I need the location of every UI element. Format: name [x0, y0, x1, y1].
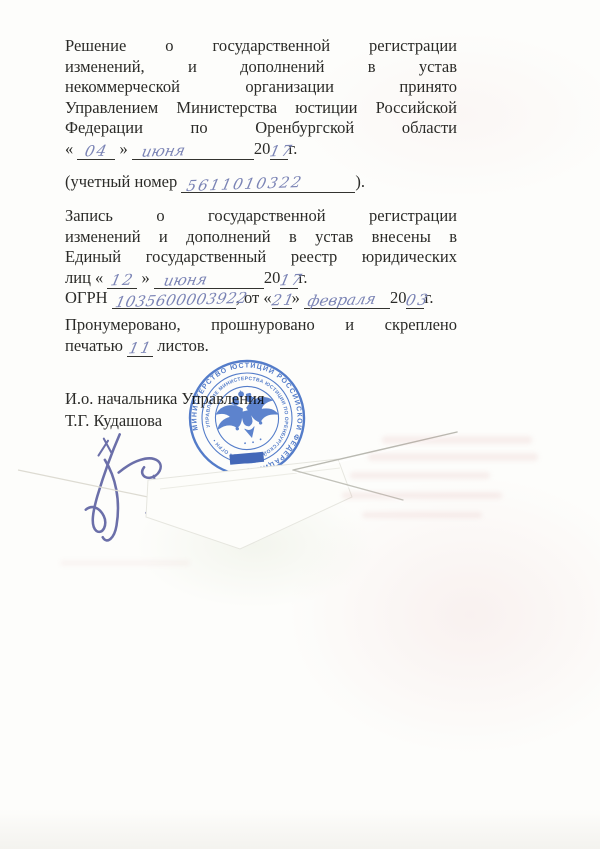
sheets-blank: 11 — [127, 339, 153, 357]
day-blank: 21 — [272, 291, 292, 309]
year-blank: 17 — [270, 142, 288, 160]
stamp-small-marks — [244, 438, 262, 445]
month-blank: июня — [154, 271, 264, 289]
handwritten-month: июня — [140, 142, 187, 160]
paragraph-line: Единый государственный реестр юридически… — [65, 247, 457, 268]
account-blank: 5611010322 — [181, 175, 355, 193]
close-quote: » — [142, 268, 150, 287]
paragraph-line: Федерации по Оренбургской области — [65, 118, 457, 139]
ogrn-blank: 1035600003922 — [112, 291, 236, 309]
handwritten-year: 17 — [268, 143, 295, 161]
handwritten-year: 17 — [278, 271, 305, 289]
bleed-through-mark — [368, 453, 538, 461]
year-printed: 20 — [264, 268, 281, 287]
sheets-suffix: листов. — [157, 336, 209, 355]
ogrn-label: ОГРН — [65, 288, 108, 307]
bleed-through-mark — [342, 492, 502, 499]
ministry-seal-stamp: МИНИСТЕРСТВО ЮСТИЦИИ РОССИЙСКОЙ ФЕДЕРАЦИ… — [185, 356, 309, 480]
decision-date-line: « 04 » июня2017г. — [65, 139, 457, 160]
paragraph-line: Решение о государственной регистрации — [65, 36, 457, 57]
record-date-line: лиц « 12 » июня2017г. — [65, 268, 457, 289]
bleed-through-mark — [362, 512, 482, 518]
handwritten-signature — [70, 428, 180, 550]
paragraph-line: некоммерческой организации принято — [65, 77, 457, 98]
month-blank: февраля — [304, 291, 390, 309]
handwritten-ogrn-number: 1035600003922 — [113, 290, 248, 312]
handwritten-month: февраля — [306, 291, 378, 310]
handwritten-year: 03 — [405, 292, 432, 310]
year-blank: 03 — [406, 291, 424, 309]
year-printed: 20 — [254, 139, 271, 158]
open-quote: « — [95, 268, 103, 287]
bleed-through-mark — [350, 472, 490, 479]
handwritten-day: 04 — [83, 143, 110, 161]
paragraph-line: Управлением Министерства юстиции Российс… — [65, 98, 457, 119]
paragraph-line: Запись о государственной регистрации — [65, 206, 457, 227]
account-number-line: (учетный номер 5611010322). — [65, 172, 457, 193]
handwritten-month: июня — [162, 271, 209, 289]
bleed-through-mark — [382, 436, 532, 444]
sheets-line: печатью 11 листов. — [65, 336, 457, 357]
persons-prefix: лиц — [65, 268, 91, 287]
paragraph-laced: Пронумеровано, прошнуровано и скреплено … — [65, 315, 457, 356]
paragraph-line: Пронумеровано, прошнуровано и скреплено — [65, 315, 457, 336]
account-suffix: ). — [355, 172, 365, 191]
close-quote: » — [120, 139, 128, 158]
handwritten-account-number: 5611010322 — [185, 174, 305, 195]
bleed-through-mark — [60, 560, 190, 566]
handwritten-day: 12 — [109, 271, 136, 289]
day-blank: 04 — [77, 142, 115, 160]
scanned-document-page: Решение о государственной регистрации из… — [0, 0, 600, 849]
year-blank: 17 — [280, 271, 298, 289]
handwritten-sheets-count: 11 — [127, 339, 154, 357]
sheets-prefix: печатью — [65, 336, 123, 355]
paragraph-line: изменений, и дополнений в устав — [65, 57, 457, 78]
paragraph-record: Запись о государственной регистрации изм… — [65, 206, 457, 309]
day-blank: 12 — [107, 271, 137, 289]
account-prefix: (учетный номер — [65, 172, 177, 191]
handwritten-day: 21 — [270, 292, 297, 310]
open-quote: « — [65, 139, 73, 158]
month-blank: июня — [132, 142, 254, 160]
ogrn-line: ОГРН 1035600003922, от «21» февраля2003г… — [65, 288, 457, 309]
paragraph-decision: Решение о государственной регистрации из… — [65, 36, 457, 139]
paragraph-line: изменений и дополнений в устав внесены в — [65, 227, 457, 248]
